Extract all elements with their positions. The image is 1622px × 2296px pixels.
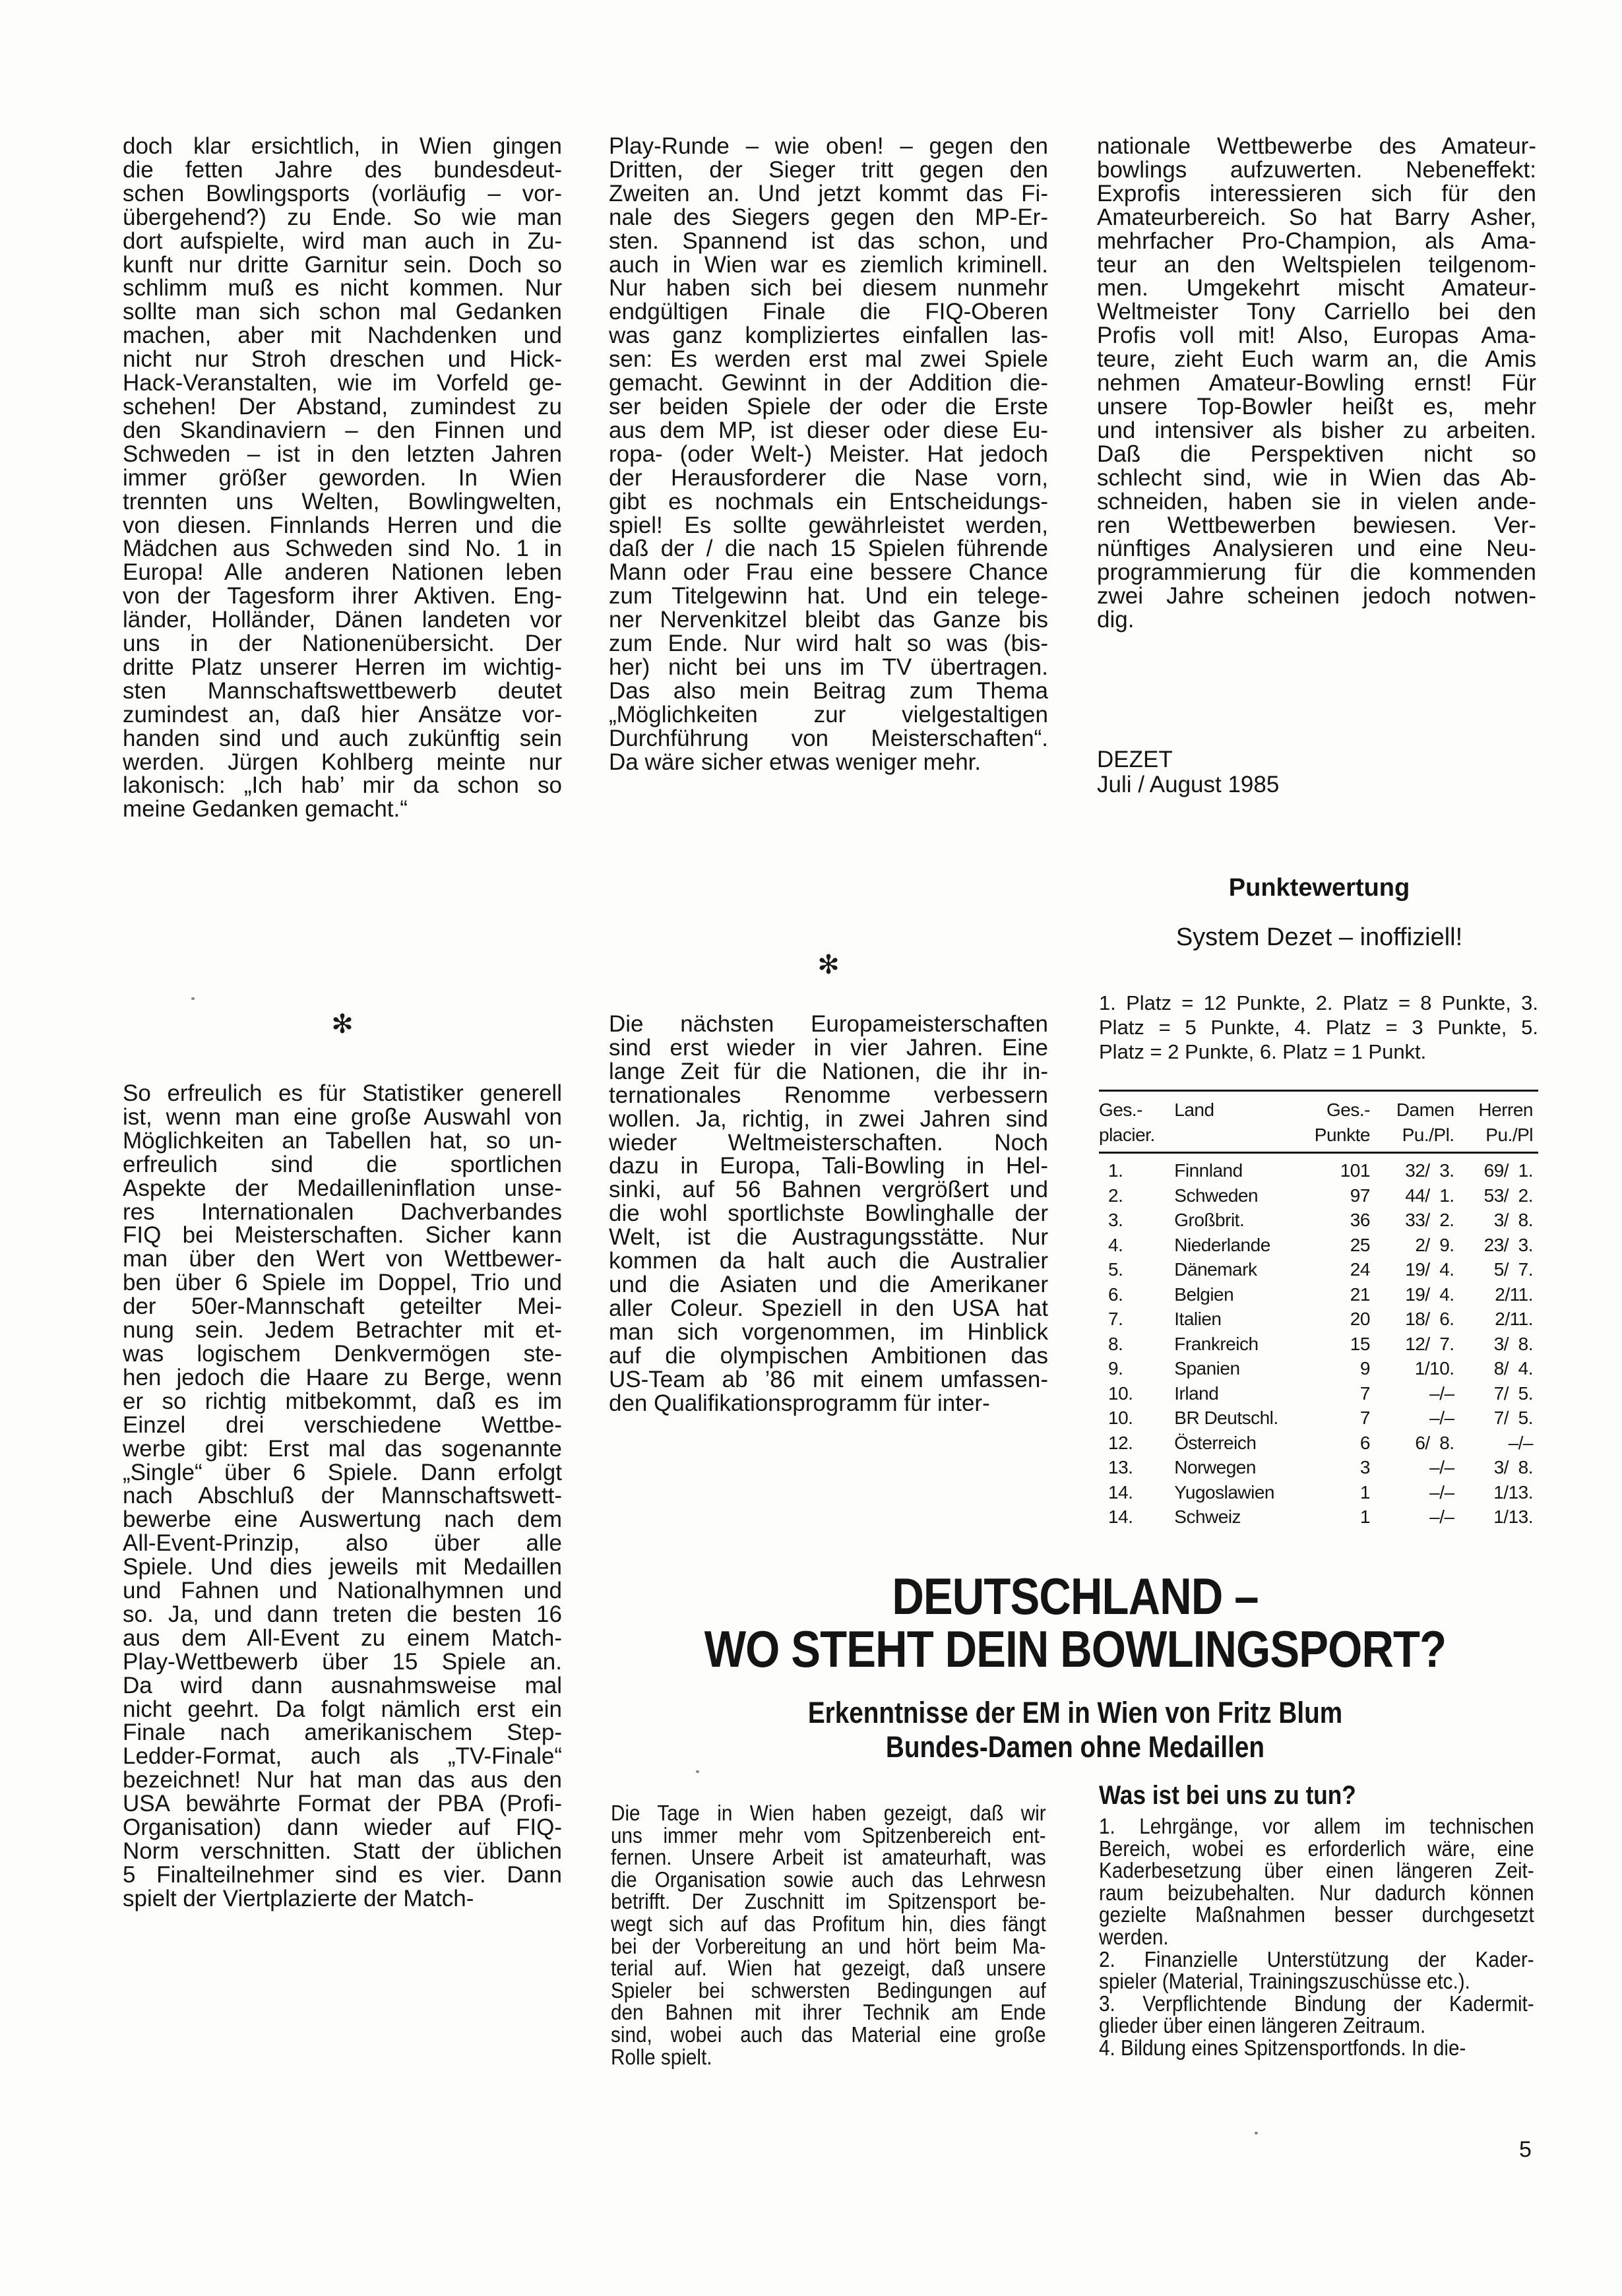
text-line: zum Titelgewinn hat. Und ein telege- xyxy=(609,584,1048,608)
text-line: Profis voll mit! Also, Europas Ama- xyxy=(1097,324,1536,348)
cell-rank: 14. xyxy=(1099,1480,1173,1505)
cell-points: 97 xyxy=(1311,1183,1371,1208)
text-line: ren Wettbewerben bewiesen. Ver- xyxy=(1097,514,1536,538)
text-line: Da wird dann ausnahmsweise mal xyxy=(123,1674,562,1698)
section-separator-icon: ✻ xyxy=(609,950,1048,980)
cell-land: BR Deutschl. xyxy=(1173,1406,1311,1431)
cell-points: 101 xyxy=(1311,1153,1371,1183)
punktewertung-rules: 1. Platz = 12 Punkte, 2. Platz = 8 Punkt… xyxy=(1099,991,1538,1064)
cell-points: 7 xyxy=(1311,1381,1371,1406)
text-line: endgültigen Finale die FIQ-Oberen xyxy=(609,300,1048,324)
text-line: dort aufspielte, wird man auch in Zu- xyxy=(123,230,562,253)
text-line: mehrfacher Pro-Champion, als Ama- xyxy=(1097,230,1536,253)
text-line: der Herausforderer die Nase vorn, xyxy=(609,466,1048,490)
cell-herren: 5/ 7. xyxy=(1461,1257,1538,1282)
text-line: sind erst wieder in vier Jahren. Eine xyxy=(609,1036,1048,1060)
cell-herren: 3/ 8. xyxy=(1461,1455,1538,1480)
cell-rank: 14. xyxy=(1099,1505,1173,1530)
text-line: ben über 6 Spiele im Doppel, Trio und xyxy=(123,1271,562,1295)
table-row: 9.Spanien91/10.8/ 4. xyxy=(1099,1356,1538,1381)
cell-points: 1 xyxy=(1311,1505,1371,1530)
text-line: bowlings aufzuwerten. Nebeneffekt: xyxy=(1097,158,1536,182)
text-line: teure, zieht Euch warm an, die Amis xyxy=(1097,348,1536,371)
text-line: den Skandinaviern – den Finnen und xyxy=(123,419,562,443)
text-line: Welt, ist die Austragungsstätte. Nur xyxy=(609,1226,1048,1249)
cell-herren: 3/ 8. xyxy=(1461,1332,1538,1357)
text-line: wieder Weltmeisterschaften. Noch xyxy=(609,1131,1048,1155)
text-line: übergehend?) zu Ende. So wie man xyxy=(123,206,562,230)
column-2-text-top: Play-Runde – wie oben! – gegen denDritte… xyxy=(609,135,1048,774)
table-row: 6.Belgien2119/ 4.2/11. xyxy=(1099,1282,1538,1307)
header-herren: Herren xyxy=(1461,1091,1538,1123)
text-line: Daß die Perspektiven nicht so xyxy=(1097,443,1536,466)
text-line: men. Umgekehrt mischt Amateur- xyxy=(1097,276,1536,300)
text-line: und intensiver als bisher zu arbeiten. xyxy=(1097,419,1536,443)
text-line: er so richtig mitbekommt, daß es im xyxy=(123,1390,562,1413)
cell-points: 36 xyxy=(1311,1208,1371,1233)
header-points-2: Punkte xyxy=(1311,1123,1371,1153)
headline-line-2: WO STEHT DEIN BOWLINGSPORT? xyxy=(661,1623,1489,1675)
cell-points: 1 xyxy=(1311,1480,1371,1505)
cell-rank: 7. xyxy=(1099,1307,1173,1332)
cell-damen: 19/ 4. xyxy=(1371,1257,1461,1282)
table-header-row: placier. Punkte Pu./Pl. Pu./Pl xyxy=(1099,1123,1538,1153)
text-line: die Organisation sowie auch das Lehrwesn xyxy=(611,1869,1046,1891)
text-line: machen, aber mit Nachdenken und xyxy=(123,324,562,348)
text-line: 5 Finalteilnehmer sind es vier. Dann xyxy=(123,1863,562,1887)
text-line: aus dem All-Event zu einem Match- xyxy=(123,1627,562,1650)
text-line: Exprofis interessieren sich für den xyxy=(1097,182,1536,206)
text-line: spielt der Viertplazierte der Match- xyxy=(123,1887,562,1911)
text-line: Norm verschnitten. Statt der üblichen xyxy=(123,1840,562,1863)
text-line: was logischem Denkvermögen ste- xyxy=(123,1342,562,1366)
cell-land: Belgien xyxy=(1173,1282,1311,1307)
text-line: „Möglichkeiten zur vielgestaltigen xyxy=(609,703,1048,727)
text-line: teur an den Weltspielen teilgenom- xyxy=(1097,253,1536,277)
cell-land: Norwegen xyxy=(1173,1455,1311,1480)
cell-rank: 12. xyxy=(1099,1431,1173,1456)
text-line: der 50er-Mannschaft geteilter Mei- xyxy=(123,1295,562,1319)
text-line: schlecht sind, wie in Wien das Ab- xyxy=(1097,466,1536,490)
text-line: Weltmeister Tony Carriello bei den xyxy=(1097,300,1536,324)
cell-land: Spanien xyxy=(1173,1356,1311,1381)
text-line: uns immer mehr vom Spitzenbereich ent- xyxy=(611,1824,1046,1847)
text-line: bewerbe eine Auswertung nach dem xyxy=(123,1508,562,1532)
article-2-right-heading: Was ist bei uns zu tun? xyxy=(1099,1781,1356,1811)
subheadline-line-1: Erkenntnisse der EM in Wien von Fritz Bl… xyxy=(661,1696,1489,1729)
text-line: 3. Verpflichtende Bindung der Kadermit- xyxy=(1099,1993,1534,2015)
text-line: erfreulich sind die sportlichen xyxy=(123,1153,562,1177)
text-line: schen Bowlingsports (vorläufig – vor- xyxy=(123,182,562,206)
text-line: wegt sich auf das Profitum hin, dies fän… xyxy=(611,1913,1046,1935)
text-line: nünftiges Analysieren und eine Neu- xyxy=(1097,537,1536,561)
text-line: so. Ja, und dann treten die besten 16 xyxy=(123,1603,562,1627)
table-row: 7.Italien2018/ 6.2/11. xyxy=(1099,1307,1538,1332)
text-line: schehen! Der Abstand, zumindest zu xyxy=(123,395,562,419)
scan-speck xyxy=(696,1770,699,1773)
table-header-row: Ges.- Land Ges.- Damen Herren xyxy=(1099,1091,1538,1123)
header-rank-2: placier. xyxy=(1099,1123,1173,1153)
cell-herren: –/– xyxy=(1461,1431,1538,1456)
text-line: auch in Wien war es ziemlich kriminell. xyxy=(609,253,1048,277)
text-line: werden. xyxy=(1099,1926,1534,1948)
text-line: trennten uns Welten, Bowlingwelten, xyxy=(123,490,562,514)
text-line: sten Mannschaftswettbewerb deutet xyxy=(123,679,562,703)
text-line: Platz = 2 Punkte, 6. Platz = 1 Punkt. xyxy=(1099,1039,1538,1064)
cell-rank: 6. xyxy=(1099,1282,1173,1307)
table-row: 8.Frankreich1512/ 7.3/ 8. xyxy=(1099,1332,1538,1357)
text-line: man über den Wert von Wettbewer- xyxy=(123,1247,562,1271)
text-line: und Fahnen und Nationalhymnen und xyxy=(123,1579,562,1603)
text-line: kunft nur dritte Garnitur sein. Doch so xyxy=(123,253,562,277)
table-row: 2.Schweden9744/ 1.53/ 2. xyxy=(1099,1183,1538,1208)
cell-points: 15 xyxy=(1311,1332,1371,1357)
text-line: res Internationalen Dachverbandes xyxy=(123,1200,562,1224)
cell-herren: 1/13. xyxy=(1461,1505,1538,1530)
cell-herren: 69/ 1. xyxy=(1461,1153,1538,1183)
text-line: auf die olympischen Ambitionen das xyxy=(609,1344,1048,1368)
cell-herren: 3/ 8. xyxy=(1461,1208,1538,1233)
text-line: werden. Jürgen Kohlberg meinte nur xyxy=(123,751,562,774)
cell-land: Großbrit. xyxy=(1173,1208,1311,1233)
text-line: hen jedoch die Haare zu Berge, wenn xyxy=(123,1366,562,1390)
text-line: raum beizubehalten. Nur dadurch können xyxy=(1099,1882,1534,1904)
cell-rank: 10. xyxy=(1099,1406,1173,1431)
column-1-text-bottom: So erfreulich es für Statistiker generel… xyxy=(123,1082,562,1911)
cell-damen: 1/10. xyxy=(1371,1356,1461,1381)
text-line: dig. xyxy=(1097,608,1536,632)
cell-rank: 8. xyxy=(1099,1332,1173,1357)
text-line: man sich vorgenommen, im Hinblick xyxy=(609,1320,1048,1344)
text-line: Spieler bei schwersten Bedingungen auf xyxy=(611,1979,1046,2002)
text-line: Bereich, wobei es erforderlich wäre, ein… xyxy=(1099,1838,1534,1860)
punktewertung-title: Punktewertung xyxy=(1082,874,1557,902)
cell-damen: 32/ 3. xyxy=(1371,1153,1461,1183)
cell-damen: 6/ 8. xyxy=(1371,1431,1461,1456)
text-line: doch klar ersichtlich, in Wien gingen xyxy=(123,135,562,158)
text-line: Mann oder Frau eine bessere Chance xyxy=(609,561,1048,584)
headline-line-1: DEUTSCHLAND – xyxy=(661,1570,1489,1623)
header-land: Land xyxy=(1173,1091,1311,1123)
text-line: Play-Runde – wie oben! – gegen den xyxy=(609,135,1048,158)
column-2-text-bottom: Die nächsten Europameisterschaftensind e… xyxy=(609,1012,1048,1415)
cell-rank: 13. xyxy=(1099,1455,1173,1480)
text-line: Rolle spielt. xyxy=(611,2046,1046,2068)
text-line: USA bewährte Format der PBA (Profi- xyxy=(123,1792,562,1816)
cell-rank: 10. xyxy=(1099,1381,1173,1406)
ranking-table: Ges.- Land Ges.- Damen Herren placier. P… xyxy=(1099,1090,1538,1530)
cell-damen: 18/ 6. xyxy=(1371,1307,1461,1332)
cell-damen: –/– xyxy=(1371,1381,1461,1406)
text-line: kommen da halt auch die Australier xyxy=(609,1249,1048,1273)
text-line: sen: Es werden erst mal zwei Spiele xyxy=(609,348,1048,371)
cell-points: 3 xyxy=(1311,1455,1371,1480)
text-line: ist, wenn man eine große Auswahl von xyxy=(123,1105,562,1129)
cell-land: Schweden xyxy=(1173,1183,1311,1208)
text-line: die fetten Jahre des bundesdeut- xyxy=(123,158,562,182)
text-line: Hack-Veranstalten, wie im Vorfeld ge- xyxy=(123,371,562,395)
text-line: Schweden – ist in den letzten Jahren xyxy=(123,443,562,466)
cell-land: Frankreich xyxy=(1173,1332,1311,1357)
cell-damen: –/– xyxy=(1371,1455,1461,1480)
text-line: „Single“ über 6 Spiele. Dann erfolgt xyxy=(123,1461,562,1485)
text-line: Die Tage in Wien haben gezeigt, daß wir xyxy=(611,1802,1046,1824)
scan-speck xyxy=(191,997,195,1000)
article-2-left-text: Die Tage in Wien haben gezeigt, daß wiru… xyxy=(611,1802,1046,2068)
text-line: aus dem MP, ist dieser oder diese Eu- xyxy=(609,419,1048,443)
text-line: 1. Platz = 12 Punkte, 2. Platz = 8 Punkt… xyxy=(1099,991,1538,1015)
cell-land: Italien xyxy=(1173,1307,1311,1332)
text-line: nicht nur Stroh dreschen und Hick- xyxy=(123,348,562,371)
text-line: 4. Bildung eines Spitzensportfonds. In d… xyxy=(1099,2037,1534,2059)
text-line: ner Nervenkitzel bleibt das Ganze bis xyxy=(609,608,1048,632)
text-line: immer größer geworden. In Wien xyxy=(123,466,562,490)
cell-land: Yugoslawien xyxy=(1173,1480,1311,1505)
table-row: 3.Großbrit.3633/ 2.3/ 8. xyxy=(1099,1208,1538,1233)
text-line: Da wäre sicher etwas weniger mehr. xyxy=(609,751,1048,774)
cell-herren: 1/13. xyxy=(1461,1480,1538,1505)
text-line: gibt es nochmals ein Entscheidungs- xyxy=(609,490,1048,514)
page-number: 5 xyxy=(1519,2137,1532,2163)
text-line: 1. Lehrgänge, vor allem im technischen xyxy=(1099,1815,1534,1838)
cell-rank: 2. xyxy=(1099,1183,1173,1208)
cell-damen: –/– xyxy=(1371,1406,1461,1431)
text-line: Kaderbesetzung über einen längeren Zeit- xyxy=(1099,1859,1534,1882)
text-line: uns in der Nationenübersicht. Der xyxy=(123,632,562,656)
text-line: den Bahnen mit ihrer Technik am Ende xyxy=(611,2001,1046,2024)
text-line: Mädchen aus Schweden sind No. 1 in xyxy=(123,537,562,561)
table-row: 10.Irland7–/–7/ 5. xyxy=(1099,1381,1538,1406)
text-line: programmierung für die kommenden xyxy=(1097,561,1536,584)
text-line: dazu in Europa, Tali-Bowling in Hel- xyxy=(609,1154,1048,1178)
table-row: 14.Schweiz1–/–1/13. xyxy=(1099,1505,1538,1530)
text-line: Dritten, der Sieger tritt gegen den xyxy=(609,158,1048,182)
text-line: Das also mein Beitrag zum Thema xyxy=(609,679,1048,703)
cell-land: Schweiz xyxy=(1173,1505,1311,1530)
text-line: wollen. Ja, richtig, in zwei Jahren sind xyxy=(609,1107,1048,1131)
cell-points: 25 xyxy=(1311,1233,1371,1258)
text-line: den Qualifikationsprogramm für inter- xyxy=(609,1392,1048,1415)
cell-points: 7 xyxy=(1311,1406,1371,1431)
header-herren-2: Pu./Pl xyxy=(1461,1123,1538,1153)
cell-land: Österreich xyxy=(1173,1431,1311,1456)
text-line: nationale Wettbewerbe des Amateur- xyxy=(1097,135,1536,158)
text-line: Durchführung von Meisterschaften“. xyxy=(609,727,1048,751)
text-line: was ganz kompliziertes einfallen las- xyxy=(609,324,1048,348)
text-line: nung sein. Jedem Betrachter mit et- xyxy=(123,1319,562,1342)
text-line: meine Gedanken gemacht.“ xyxy=(123,797,562,821)
text-line: bei der Vorbereitung an und hört beim Ma… xyxy=(611,1935,1046,1958)
text-line: So erfreulich es für Statistiker generel… xyxy=(123,1082,562,1105)
text-line: gezielte Maßnahmen besser durchgesetzt xyxy=(1099,1904,1534,1926)
text-line: her) nicht bei uns im TV übertragen. xyxy=(609,656,1048,679)
cell-damen: 44/ 1. xyxy=(1371,1183,1461,1208)
cell-herren: 23/ 3. xyxy=(1461,1233,1538,1258)
text-line: handen sind und auch zukünftig sein xyxy=(123,727,562,751)
text-line: All-Event-Prinzip, also über alle xyxy=(123,1532,562,1555)
text-line: betrifft. Der Zuschnitt im Spitzensport … xyxy=(611,1890,1046,1913)
cell-herren: 8/ 4. xyxy=(1461,1356,1538,1381)
text-line: Die nächsten Europameisterschaften xyxy=(609,1012,1048,1036)
text-line: werbe gibt: Erst mal das sogenannte xyxy=(123,1437,562,1461)
cell-herren: 2/11. xyxy=(1461,1307,1538,1332)
cell-land: Dänemark xyxy=(1173,1257,1311,1282)
text-line: ropa- (oder Welt-) Meister. Hat jedoch xyxy=(609,443,1048,466)
text-line: spiel! Es sollte gewährleistet werden, xyxy=(609,514,1048,538)
cell-herren: 7/ 5. xyxy=(1461,1406,1538,1431)
header-rank: Ges.- xyxy=(1099,1091,1173,1123)
cell-points: 6 xyxy=(1311,1431,1371,1456)
cell-points: 9 xyxy=(1311,1356,1371,1381)
text-line: sinki, auf 56 Bahnen vergrößert und xyxy=(609,1178,1048,1202)
text-line: länder, Holländer, Dänen landeten vor xyxy=(123,608,562,632)
text-line: nach Abschluß der Mannschaftswett- xyxy=(123,1484,562,1508)
text-line: FIQ bei Meisterschaften. Sicher kann xyxy=(123,1224,562,1247)
cell-land: Finnland xyxy=(1173,1153,1311,1183)
text-line: unsere Top-Bowler heißt es, mehr xyxy=(1097,395,1536,419)
text-line: lakonisch: „Ich hab’ mir da schon so xyxy=(123,774,562,797)
text-line: Aspekte der Medailleninflation unse- xyxy=(123,1177,562,1200)
table-row: 10.BR Deutschl.7–/–7/ 5. xyxy=(1099,1406,1538,1431)
text-line: gemacht. Gewinnt in der Addition die- xyxy=(609,371,1048,395)
text-line: Ledder-Format, auch als „TV-Finale“ xyxy=(123,1745,562,1768)
text-line: von diesen. Finnlands Herren und die xyxy=(123,514,562,538)
text-line: sind, wobei auch das Material eine große xyxy=(611,2024,1046,2046)
text-line: nehmen Amateur-Bowling ernst! Für xyxy=(1097,371,1536,395)
text-line: Zweiten an. Und jetzt kommt das Fi- xyxy=(609,182,1048,206)
header-damen: Damen xyxy=(1371,1091,1461,1123)
text-line: glieder über einen längeren Zeitraum. xyxy=(1099,2014,1534,2037)
text-line: spieler (Material, Trainingszuschüsse et… xyxy=(1099,1970,1534,1993)
text-line: Platz = 5 Punkte, 4. Platz = 3 Punkte, 5… xyxy=(1099,1015,1538,1039)
punktewertung-subtitle: System Dezet – inoffiziell! xyxy=(1082,923,1557,952)
text-line: ser beiden Spiele der oder die Erste xyxy=(609,395,1048,419)
table-row: 1.Finnland10132/ 3.69/ 1. xyxy=(1099,1153,1538,1183)
text-line: 2. Finanzielle Unterstützung der Kader- xyxy=(1099,1948,1534,1971)
cell-rank: 5. xyxy=(1099,1257,1173,1282)
cell-land: Irland xyxy=(1173,1381,1311,1406)
text-line: dritte Platz unserer Herren im wichtig- xyxy=(123,656,562,679)
cell-damen: 12/ 7. xyxy=(1371,1332,1461,1357)
text-line: schneiden, haben sie in vielen ande- xyxy=(1097,490,1536,514)
text-line: zum Ende. Nur wird halt so was (bis- xyxy=(609,632,1048,656)
cell-points: 24 xyxy=(1311,1257,1371,1282)
article-author: DEZET xyxy=(1097,748,1536,772)
header-points: Ges.- xyxy=(1311,1091,1371,1123)
cell-damen: –/– xyxy=(1371,1480,1461,1505)
article-2-right-text: 1. Lehrgänge, vor allem im technischenBe… xyxy=(1099,1815,1534,2059)
text-line: Möglichkeiten an Tabellen hat, so un- xyxy=(123,1129,562,1153)
article-date: Juli / August 1985 xyxy=(1097,773,1536,797)
header-damen-2: Pu./Pl. xyxy=(1371,1123,1461,1153)
table-row: 13.Norwegen3–/–3/ 8. xyxy=(1099,1455,1538,1480)
table-row: 14.Yugoslawien1–/–1/13. xyxy=(1099,1480,1538,1505)
cell-damen: 19/ 4. xyxy=(1371,1282,1461,1307)
section-separator-icon: ✻ xyxy=(123,1009,562,1039)
text-line: Amateurbereich. So hat Barry Asher, xyxy=(1097,206,1536,230)
table-row: 4.Niederlande252/ 9.23/ 3. xyxy=(1099,1233,1538,1258)
text-line: Play-Wettbewerb über 15 Spiele an. xyxy=(123,1650,562,1674)
text-line: Organisation) dann wieder auf FIQ- xyxy=(123,1816,562,1840)
table-row: 5.Dänemark2419/ 4.5/ 7. xyxy=(1099,1257,1538,1282)
cell-rank: 1. xyxy=(1099,1153,1173,1183)
text-line: terial auf. Wien hat gezeigt, daß unsere xyxy=(611,1957,1046,1979)
text-line: sten. Spannend ist das schon, und xyxy=(609,230,1048,253)
cell-damen: –/– xyxy=(1371,1505,1461,1530)
text-line: zumindest an, daß hier Ansätze vor- xyxy=(123,703,562,727)
text-line: Europa! Alle anderen Nationen leben xyxy=(123,561,562,584)
header-land-2 xyxy=(1173,1123,1311,1153)
text-line: sollte man sich schon mal Gedanken xyxy=(123,300,562,324)
cell-points: 21 xyxy=(1311,1282,1371,1307)
text-line: lange Zeit für die Nationen, die ihr in- xyxy=(609,1060,1048,1084)
text-line: von der Tagesform ihrer Aktiven. Eng- xyxy=(123,584,562,608)
cell-herren: 7/ 5. xyxy=(1461,1381,1538,1406)
text-line: US-Team ab ’86 mit einem umfassen- xyxy=(609,1368,1048,1392)
cell-rank: 3. xyxy=(1099,1208,1173,1233)
column-1-text-top: doch klar ersichtlich, in Wien gingendie… xyxy=(123,135,562,821)
text-line: aller Coleur. Speziell in den USA hat xyxy=(609,1297,1048,1320)
column-3-text: nationale Wettbewerbe des Amateur-bowlin… xyxy=(1097,135,1536,632)
cell-damen: 33/ 2. xyxy=(1371,1208,1461,1233)
text-line: Nur haben sich bei diesem nunmehr xyxy=(609,276,1048,300)
text-line: Finale nach amerikanischem Step- xyxy=(123,1721,562,1745)
text-line: ternationales Renomme verbessern xyxy=(609,1084,1048,1107)
cell-rank: 9. xyxy=(1099,1356,1173,1381)
text-line: daß der / die nach 15 Spielen führende xyxy=(609,537,1048,561)
cell-herren: 53/ 2. xyxy=(1461,1183,1538,1208)
text-line: schlimm muß es nicht kommen. Nur xyxy=(123,276,562,300)
text-line: Einzel drei verschiedene Wettbe- xyxy=(123,1413,562,1437)
text-line: Spiele. Und dies jeweils mit Medaillen xyxy=(123,1555,562,1579)
text-line: zwei Jahre scheinen jedoch notwen- xyxy=(1097,584,1536,608)
cell-herren: 2/11. xyxy=(1461,1282,1538,1307)
scan-speck xyxy=(1255,2132,1258,2134)
text-line: nale des Siegers gegen den MP-Er- xyxy=(609,206,1048,230)
cell-points: 20 xyxy=(1311,1307,1371,1332)
text-line: bezeichnet! Nur hat man das aus den xyxy=(123,1768,562,1792)
cell-damen: 2/ 9. xyxy=(1371,1233,1461,1258)
cell-rank: 4. xyxy=(1099,1233,1173,1258)
text-line: fernen. Unsere Arbeit ist amateurhaft, w… xyxy=(611,1846,1046,1869)
text-line: nicht geehrt. Da folgt nämlich erst ein xyxy=(123,1698,562,1722)
text-line: und die Asiaten und die Amerikaner xyxy=(609,1273,1048,1297)
subheadline-line-2: Bundes-Damen ohne Medaillen xyxy=(661,1731,1489,1764)
text-line: die wohl sportlichste Bowlinghalle der xyxy=(609,1202,1048,1226)
table-row: 12.Österreich66/ 8.–/– xyxy=(1099,1431,1538,1456)
cell-land: Niederlande xyxy=(1173,1233,1311,1258)
